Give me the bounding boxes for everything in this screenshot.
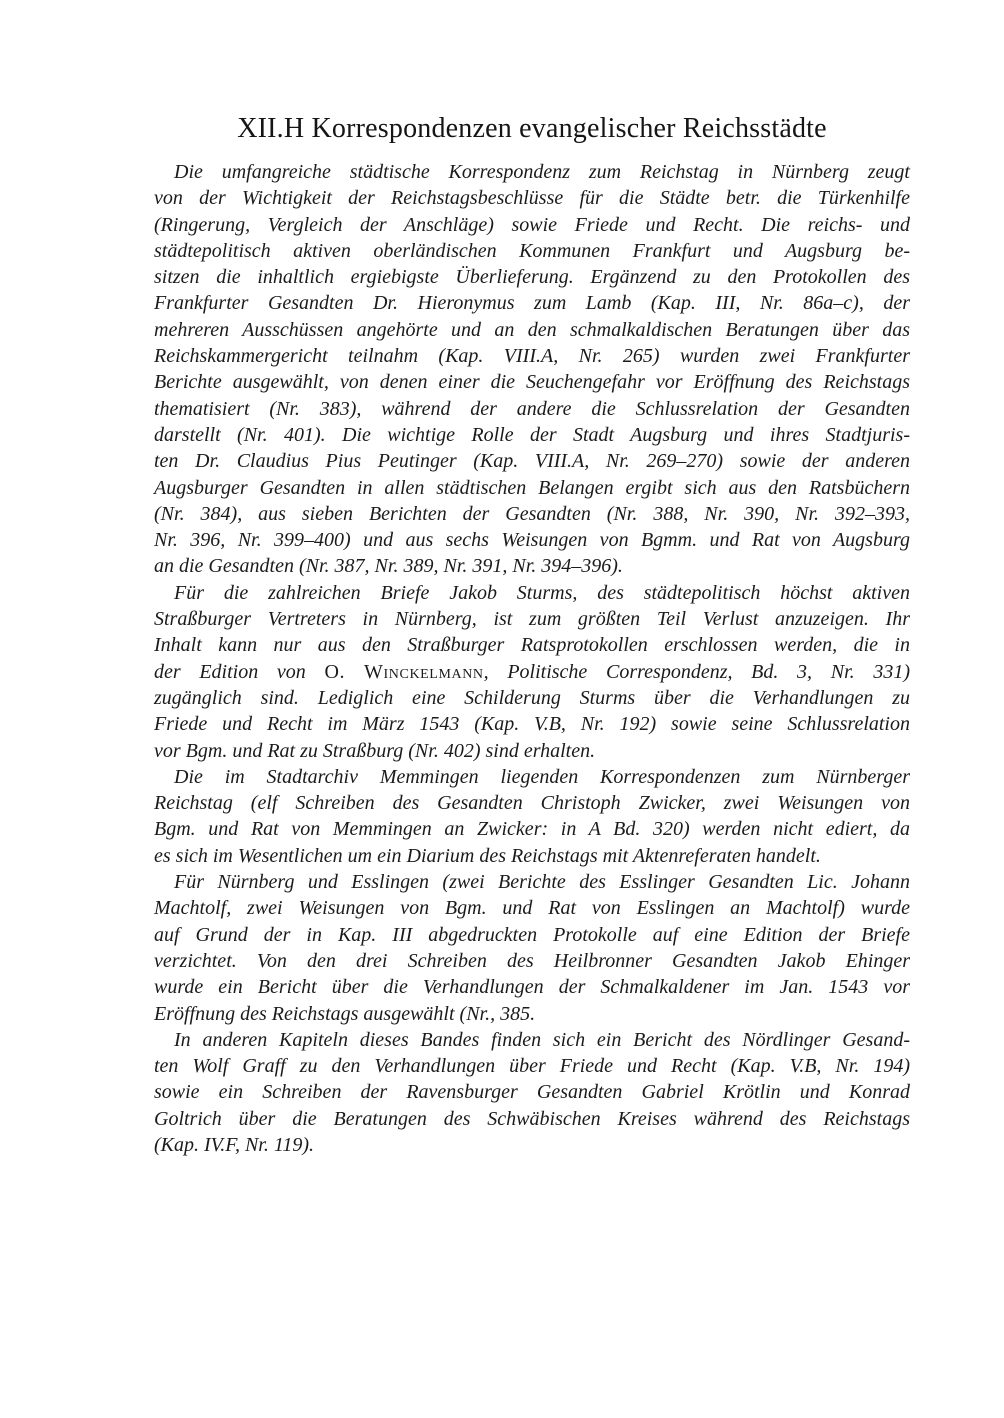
text-line: Frankfurter Gesandten Dr. Hieronymus zum… bbox=[154, 290, 910, 316]
text-segment: mehreren Ausschüssen angehörte und an de… bbox=[154, 319, 910, 341]
text-line: ten Wolf Graff zu den Verhandlungen über… bbox=[154, 1053, 910, 1079]
text-line: Reichskammergericht teilnahm (Kap. VIII.… bbox=[154, 343, 910, 369]
text-line: Reichstag (elf Schreiben des Gesandten C… bbox=[154, 790, 910, 816]
text-segment: Inhalt kann nur aus den Straßburger Rats… bbox=[154, 634, 910, 656]
text-line: Eröffnung des Reichstags ausgewählt (Nr.… bbox=[154, 1001, 910, 1027]
text-segment: von der Wichtigkeit der Reichstagsbeschl… bbox=[154, 187, 910, 209]
text-line: es sich im Wesentlichen um ein Diarium d… bbox=[154, 843, 910, 869]
text-line: auf Grund der in Kap. III abgedruckten P… bbox=[154, 922, 910, 948]
text-line: thematisiert (Nr. 383), während der ande… bbox=[154, 396, 910, 422]
text-line: wurde ein Bericht über die Verhandlungen… bbox=[154, 974, 910, 1000]
text-segment: Für Nürnberg und Esslingen (zwei Bericht… bbox=[174, 871, 910, 893]
text-line: sitzen die inhaltlich ergiebigste Überli… bbox=[154, 264, 910, 290]
text-segment: darstellt (Nr. 401). Die wichtige Rolle … bbox=[154, 424, 910, 446]
paragraph-3: Die im Stadtarchiv Memmingen liegenden K… bbox=[154, 764, 910, 869]
body-text: Die umfangreiche städtische Korresponden… bbox=[154, 159, 910, 1158]
text-segment: Friede und Recht im März 1543 (Kap. V.B,… bbox=[154, 713, 910, 735]
text-line: (Ringerung, Vergleich der Anschläge) sow… bbox=[154, 212, 910, 238]
text-segment: thematisiert (Nr. 383), während der ande… bbox=[154, 398, 910, 420]
paragraph-2: Für die zahlreichen Briefe Jakob Sturms,… bbox=[154, 580, 910, 764]
text-line: an die Gesandten (Nr. 387, Nr. 389, Nr. … bbox=[154, 553, 910, 579]
text-segment: Für die zahlreichen Briefe Jakob Sturms,… bbox=[174, 582, 910, 604]
text-line: Straßburger Vertreters in Nürnberg, ist … bbox=[154, 606, 910, 632]
text-line: (Nr. 384), aus sieben Berichten der Gesa… bbox=[154, 501, 910, 527]
text-segment: Bgm. und Rat von Memmingen an Zwicker: i… bbox=[154, 818, 910, 840]
text-line: Für Nürnberg und Esslingen (zwei Bericht… bbox=[154, 869, 910, 895]
text-segment: Nr. 396, Nr. 399–400) und aus sechs Weis… bbox=[154, 529, 910, 551]
text-segment: es sich im Wesentlichen um ein Diarium d… bbox=[154, 845, 821, 867]
text-line: der Edition von O. Winckelmann, Politisc… bbox=[154, 659, 910, 685]
text-segment: ten Wolf Graff zu den Verhandlungen über… bbox=[154, 1055, 910, 1077]
text-line: Inhalt kann nur aus den Straßburger Rats… bbox=[154, 632, 910, 658]
text-line: (Kap. IV.F, Nr. 119). bbox=[154, 1132, 910, 1158]
book-page: XII.H Korrespondenzen evangelischer Reic… bbox=[0, 0, 1004, 1418]
text-line: ten Dr. Claudius Pius Peutinger (Kap. VI… bbox=[154, 448, 910, 474]
text-line: Berichte ausgewählt, von denen einer die… bbox=[154, 369, 910, 395]
text-segment: Die umfangreiche städtische Korresponden… bbox=[174, 161, 910, 183]
text-line: Friede und Recht im März 1543 (Kap. V.B,… bbox=[154, 711, 910, 737]
text-line: von der Wichtigkeit der Reichstagsbeschl… bbox=[154, 185, 910, 211]
text-line: sowie ein Schreiben der Ravensburger Ges… bbox=[154, 1079, 910, 1105]
text-segment: ten Dr. Claudius Pius Peutinger (Kap. VI… bbox=[154, 450, 910, 472]
text-line: Die im Stadtarchiv Memmingen liegenden K… bbox=[154, 764, 910, 790]
text-segment: vor Bgm. und Rat zu Straßburg (Nr. 402) … bbox=[154, 740, 595, 762]
text-segment: Reichstag (elf Schreiben des Gesandten C… bbox=[154, 792, 910, 814]
text-segment: Goltrich über die Beratungen des Schwäbi… bbox=[154, 1108, 910, 1130]
text-segment: auf Grund der in Kap. III abgedruckten P… bbox=[154, 924, 910, 946]
text-line: Machtolf, zwei Weisungen von Bgm. und Ra… bbox=[154, 895, 910, 921]
text-segment: sitzen die inhaltlich ergiebigste Überli… bbox=[154, 266, 910, 288]
text-segment: sowie ein Schreiben der Ravensburger Ges… bbox=[154, 1081, 910, 1103]
text-segment: In anderen Kapiteln dieses Bandes finden… bbox=[174, 1029, 910, 1051]
text-segment: an die Gesandten (Nr. 387, Nr. 389, Nr. … bbox=[154, 555, 623, 577]
text-segment: Berichte ausgewählt, von denen einer die… bbox=[154, 371, 910, 393]
paragraph-5: In anderen Kapiteln dieses Bandes finden… bbox=[154, 1027, 910, 1158]
text-line: In anderen Kapiteln dieses Bandes finden… bbox=[154, 1027, 910, 1053]
text-segment: Augsburger Gesandten in allen städtische… bbox=[154, 477, 910, 499]
text-line: darstellt (Nr. 401). Die wichtige Rolle … bbox=[154, 422, 910, 448]
text-segment: (Ringerung, Vergleich der Anschläge) sow… bbox=[154, 214, 910, 236]
text-line: zugänglich sind. Lediglich eine Schilder… bbox=[154, 685, 910, 711]
page-title: XII.H Korrespondenzen evangelischer Reic… bbox=[154, 113, 910, 145]
text-line: vor Bgm. und Rat zu Straßburg (Nr. 402) … bbox=[154, 738, 910, 764]
paragraph-4: Für Nürnberg und Esslingen (zwei Bericht… bbox=[154, 869, 910, 1027]
text-line: Goltrich über die Beratungen des Schwäbi… bbox=[154, 1106, 910, 1132]
paragraph-1: Die umfangreiche städtische Korresponden… bbox=[154, 159, 910, 580]
text-line: mehreren Ausschüssen angehörte und an de… bbox=[154, 317, 910, 343]
text-line: Nr. 396, Nr. 399–400) und aus sechs Weis… bbox=[154, 527, 910, 553]
text-line: Bgm. und Rat von Memmingen an Zwicker: i… bbox=[154, 816, 910, 842]
text-line: städtepolitisch aktiven oberländischen K… bbox=[154, 238, 910, 264]
text-segment: , Politische Correspondenz, Bd. 3, Nr. 3… bbox=[484, 661, 910, 683]
text-line: Für die zahlreichen Briefe Jakob Sturms,… bbox=[154, 580, 910, 606]
text-segment: Frankfurter Gesandten Dr. Hieronymus zum… bbox=[154, 292, 910, 314]
text-segment: Eröffnung des Reichstags ausgewählt (Nr.… bbox=[154, 1003, 535, 1025]
text-segment: zugänglich sind. Lediglich eine Schilder… bbox=[154, 687, 910, 709]
text-line: Augsburger Gesandten in allen städtische… bbox=[154, 475, 910, 501]
text-segment: verzichtet. Von den drei Schreiben des H… bbox=[154, 950, 910, 972]
text-segment: der Edition von bbox=[154, 661, 324, 683]
text-line: Die umfangreiche städtische Korresponden… bbox=[154, 159, 910, 185]
text-segment: (Nr. 384), aus sieben Berichten der Gesa… bbox=[154, 503, 910, 525]
text-segment: Die im Stadtarchiv Memmingen liegenden K… bbox=[174, 766, 910, 788]
text-line: verzichtet. Von den drei Schreiben des H… bbox=[154, 948, 910, 974]
text-segment: Straßburger Vertreters in Nürnberg, ist … bbox=[154, 608, 910, 630]
text-segment: städtepolitisch aktiven oberländischen K… bbox=[154, 240, 910, 262]
text-segment: Machtolf, zwei Weisungen von Bgm. und Ra… bbox=[154, 897, 910, 919]
text-segment: wurde ein Bericht über die Verhandlungen… bbox=[154, 976, 910, 998]
author-name-smallcaps: O. Winckelmann bbox=[324, 661, 483, 683]
text-segment: (Kap. IV.F, Nr. 119). bbox=[154, 1134, 314, 1156]
text-segment: Reichskammergericht teilnahm (Kap. VIII.… bbox=[154, 345, 910, 367]
